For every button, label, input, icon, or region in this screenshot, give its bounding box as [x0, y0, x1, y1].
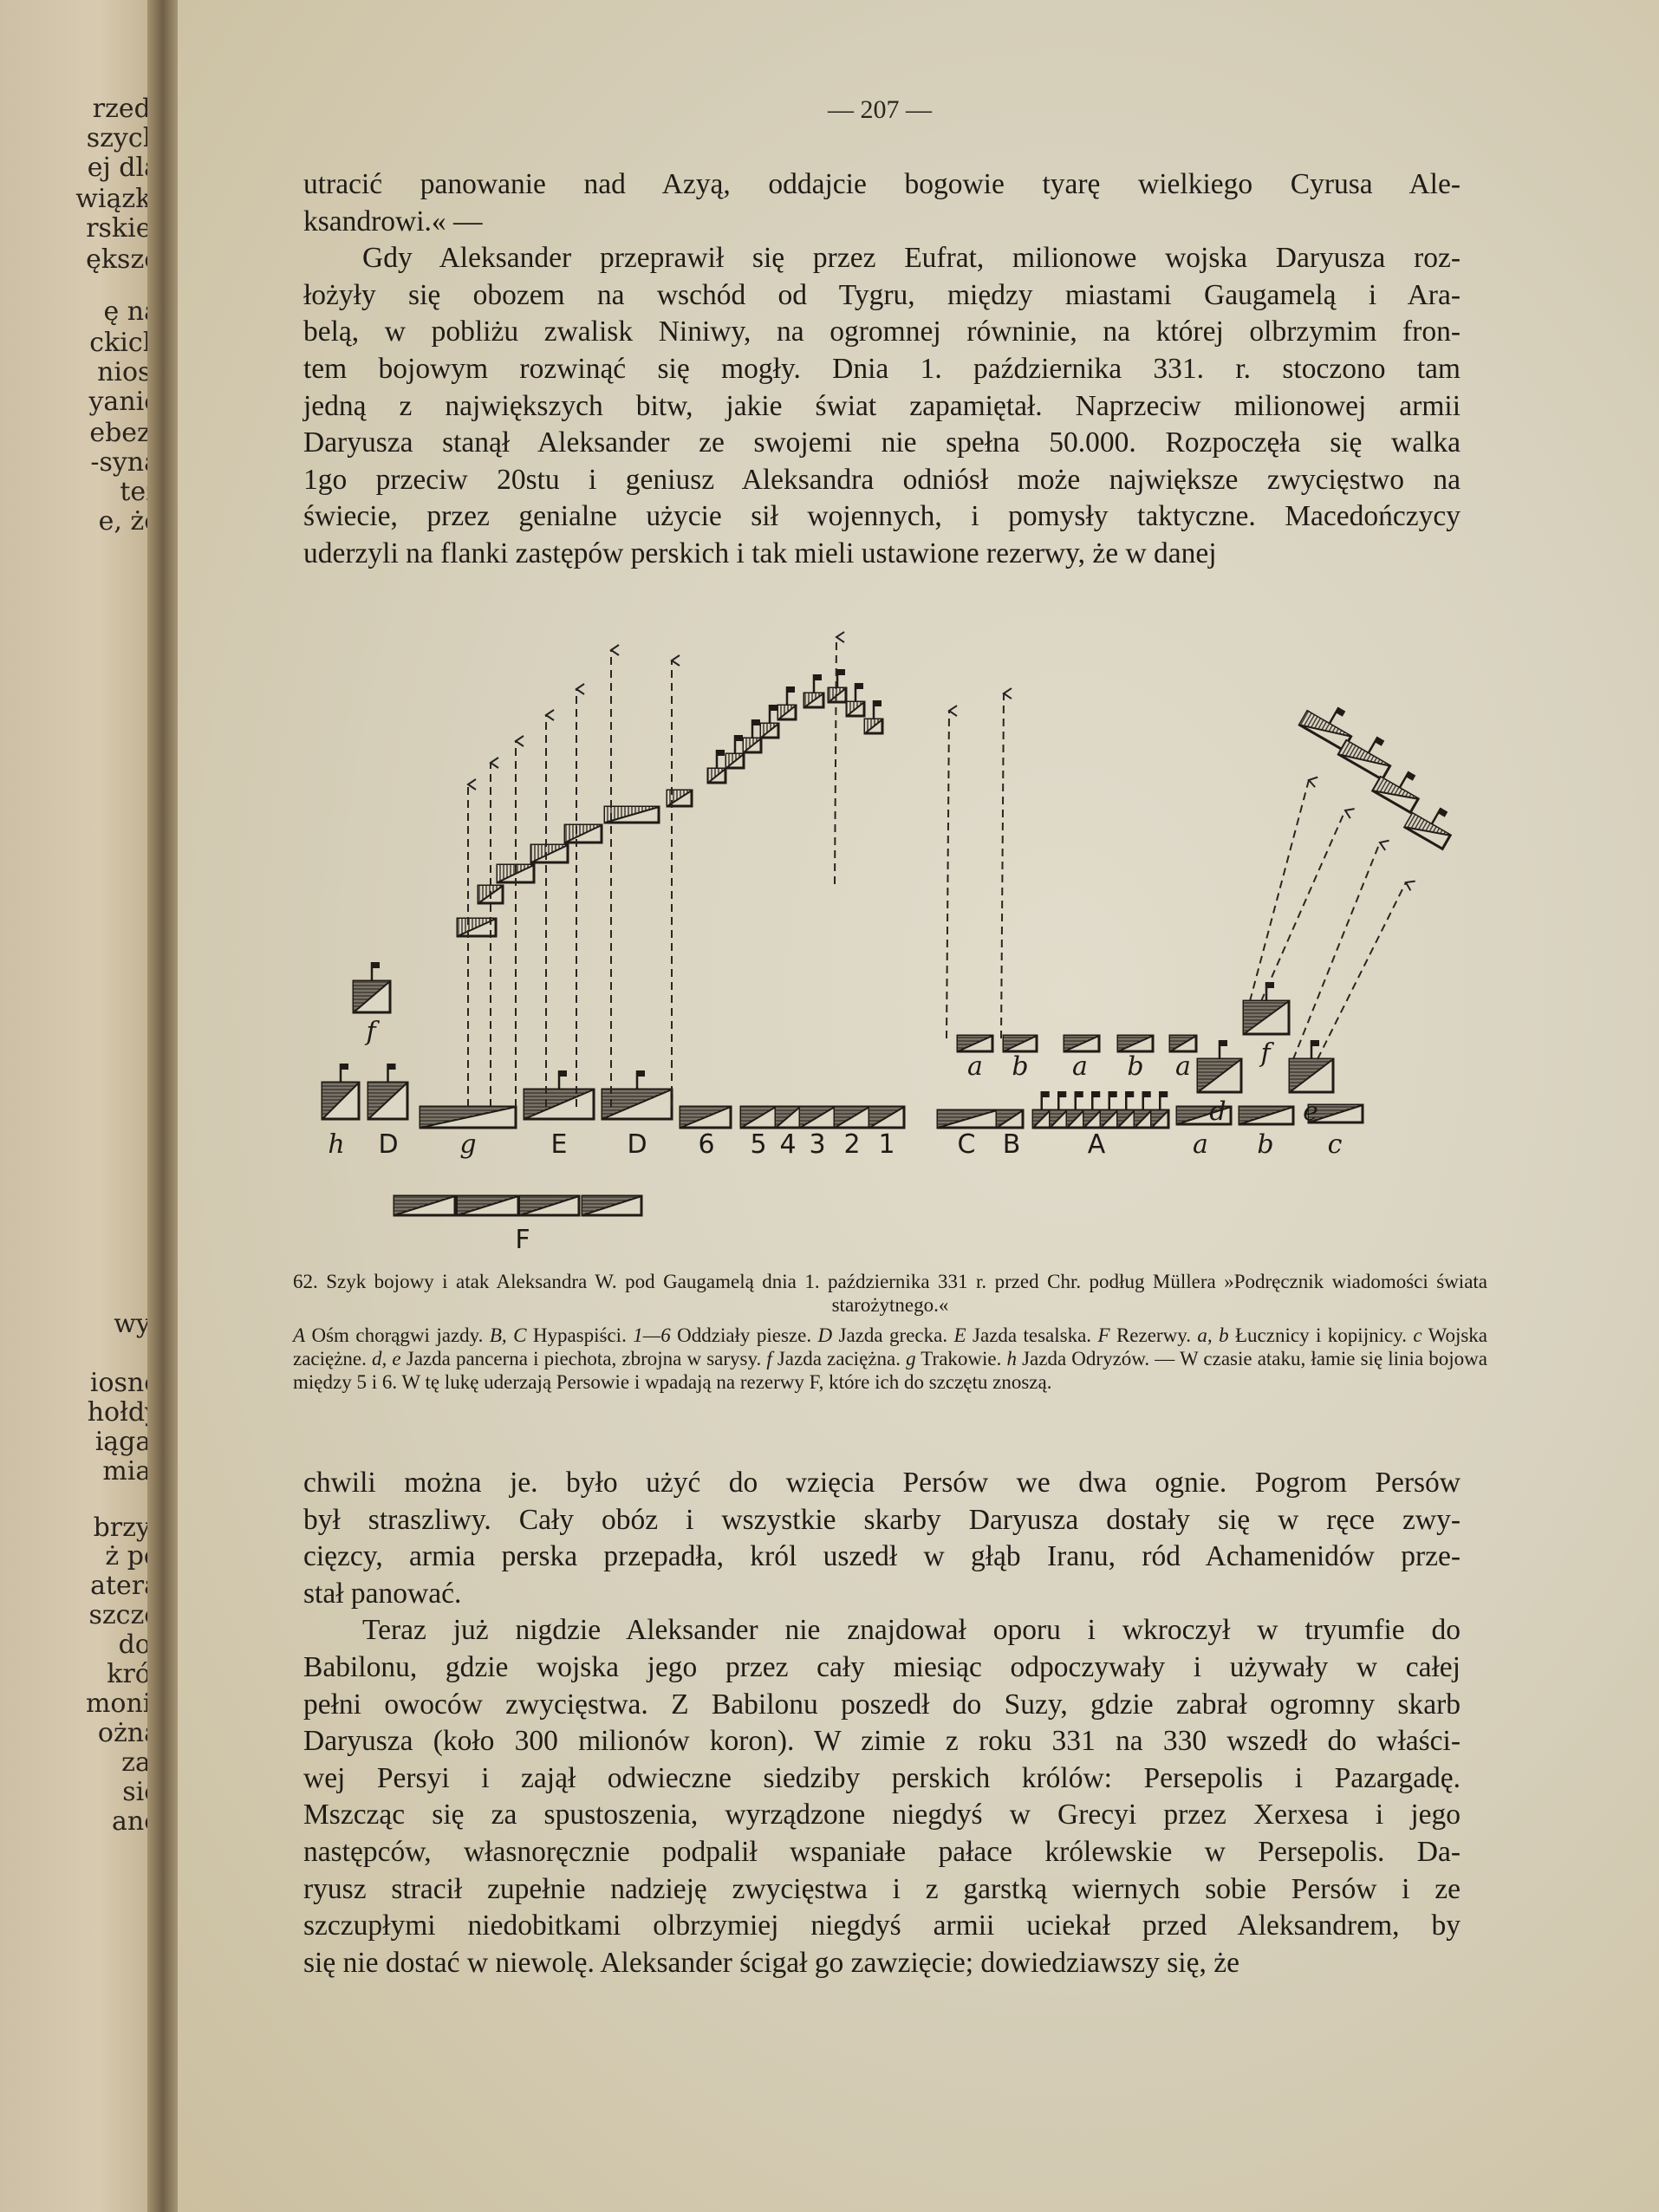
unit-label: D [627, 1129, 647, 1160]
legend-key: 1—6 [633, 1324, 670, 1346]
unit-label: a [1072, 1051, 1088, 1082]
unit-block [869, 1107, 904, 1128]
text-line: wej Persyi i zajął odwieczne siedziby pe… [303, 1760, 1461, 1798]
unit-block [726, 735, 744, 768]
unit-block [741, 1107, 776, 1128]
text-line: łożyły się obozem na wschód od Tygru, mi… [303, 277, 1461, 315]
text-line: chwili można je. było użyć do wzięcia Pe… [303, 1465, 1461, 1502]
page-number: — 207 — [828, 95, 932, 125]
text-line: był straszliwy. Cały obóz i wszystkie sk… [303, 1502, 1461, 1539]
unit-block [1338, 725, 1399, 780]
unit-block [1135, 1091, 1152, 1128]
text-line: Gdy Aleksander przeprawił się przez Eufr… [303, 240, 1461, 277]
unit-label: 1 [878, 1129, 895, 1160]
unit-label: F [515, 1225, 530, 1255]
unit-label: d [1209, 1096, 1226, 1127]
body-text-top: utracić panowanie nad Azyą, oddajcie bog… [303, 166, 1461, 573]
unit-block [520, 1196, 579, 1215]
attack-arrow [1317, 882, 1406, 1059]
unit-label: c [1328, 1129, 1343, 1160]
unit-block [1170, 1036, 1196, 1051]
text-line: jedną z największych bitw, jakie świat z… [303, 388, 1461, 426]
unit-block [602, 1070, 672, 1119]
diagram-svg: hDgED654321CBAabcababafdefF [312, 607, 1491, 1265]
text-line: tem bojowym rozwinąć się mogły. Dnia 1. … [303, 351, 1461, 388]
unit-block [1244, 982, 1289, 1034]
unit-block [680, 1107, 731, 1128]
body-text-bottom: chwili można je. było użyć do wzięcia Pe… [303, 1465, 1461, 1981]
caption-title: 62. Szyk bojowy i atak Aleksandra W. pod… [293, 1270, 1487, 1317]
unit-block [1101, 1091, 1118, 1128]
legend-text: Hypaspiści. [526, 1324, 633, 1346]
unit-block [1118, 1091, 1135, 1128]
figure-caption: 62. Szyk bojowy i atak Aleksandra W. pod… [293, 1270, 1487, 1394]
unit-block [565, 825, 602, 843]
unit-block [322, 1064, 359, 1119]
legend-text: Jazda pancerna i piechota, zbrojna w sar… [401, 1348, 767, 1369]
text-line: Teraz już nigdzie Aleksander nie znajdow… [303, 1612, 1461, 1649]
text-line: pełni owoców zwycięstwa. Z Babilonu posz… [303, 1687, 1461, 1724]
unit-label: a [967, 1051, 983, 1082]
legend-key: c [1413, 1324, 1422, 1346]
unit-block [368, 1064, 407, 1119]
legend-key: E [954, 1324, 966, 1346]
paragraph: utracić panowanie nad Azyą, oddajcie bog… [303, 166, 1461, 240]
unit-block [1198, 1040, 1241, 1092]
text-line: szczupłymi niedobitkami olbrzymiej niegd… [303, 1908, 1461, 1945]
unit-label: E [551, 1129, 568, 1160]
legend-text: Ośm chorągwi jazdy. [305, 1324, 490, 1346]
unit-block [829, 669, 846, 702]
unit-label: 2 [843, 1129, 860, 1160]
unit-label: b [1257, 1129, 1273, 1160]
unit-block [1067, 1091, 1084, 1128]
unit-label: 5 [750, 1129, 766, 1160]
unit-block [582, 1196, 641, 1215]
unit-label: b [1012, 1051, 1028, 1082]
legend-text: Jazda Odryzów. [1017, 1348, 1155, 1369]
paragraph: Teraz już nigdzie Aleksander nie znajdow… [303, 1612, 1461, 1981]
legend-text: Oddziały piesze. [671, 1324, 818, 1346]
text-line: cięzcy, armia perska przepadła, król usz… [303, 1539, 1461, 1576]
legend-key: A [293, 1324, 305, 1346]
unit-block [394, 1196, 455, 1215]
unit-label: a [1193, 1129, 1208, 1160]
unit-label: b [1127, 1051, 1143, 1082]
unit-label: 3 [809, 1129, 825, 1160]
attack-arrow [1261, 810, 1345, 1001]
legend-text: Łucznicy i kopijnicy. [1229, 1324, 1414, 1346]
unit-block [800, 1107, 835, 1128]
attack-arrow [947, 711, 949, 1038]
unit-label: D [378, 1129, 398, 1160]
unit-label: 6 [698, 1129, 714, 1160]
unit-block [1051, 1091, 1068, 1128]
unit-block [761, 705, 778, 738]
unit-block [776, 1107, 800, 1128]
unit-label: B [1003, 1129, 1021, 1160]
unit-block [1152, 1091, 1169, 1128]
unit-block [1033, 1091, 1051, 1128]
unit-label: A [1088, 1129, 1106, 1160]
unit-block [420, 1107, 516, 1128]
paragraph: chwili można je. było użyć do wzięcia Pe… [303, 1465, 1461, 1612]
legend-text: Jazda grecka. [832, 1324, 953, 1346]
legend-key: g [906, 1348, 916, 1369]
unit-label: h [328, 1129, 344, 1160]
battle-diagram-gaugamela: hDgED654321CBAabcababafdefF [312, 607, 1491, 1265]
unit-block [1239, 1107, 1293, 1124]
unit-block [1064, 1036, 1099, 1051]
unit-label: e [1303, 1096, 1318, 1127]
text-line: się nie dostać w niewolę. Aleksander ści… [303, 1945, 1461, 1982]
caption-legend: A Ośm chorągwi jazdy. B, C Hypaspiści. 1… [293, 1324, 1487, 1394]
legend-text: Jazda zaciężna. [772, 1348, 906, 1369]
unit-label: f [1259, 1038, 1274, 1069]
text-line: Babilonu, gdzie wojska jego przez cały m… [303, 1649, 1461, 1687]
unit-block [804, 674, 823, 707]
text-line: 1go przeciw 20stu i geniusz Aleksandra o… [303, 462, 1461, 499]
unit-block [865, 700, 882, 733]
legend-key: F [1097, 1324, 1109, 1346]
unit-labels: hDgED654321CBAabcababafdefF [328, 1017, 1342, 1255]
unit-label: g [459, 1129, 476, 1160]
unit-label: 4 [779, 1129, 796, 1160]
unit-block [938, 1110, 997, 1128]
unit-block [1299, 695, 1360, 751]
text-line: następców, własnoręcznie podpalił wspani… [303, 1834, 1461, 1871]
text-line: uderzyli na flanki zastępów perskich i t… [303, 536, 1461, 573]
unit-block [354, 962, 390, 1012]
unit-block [531, 845, 568, 862]
legend-key: d, e [372, 1348, 401, 1369]
legend-text: Jazda tesalska. [966, 1324, 1098, 1346]
unit-block [1118, 1036, 1153, 1051]
text-line: stał panować. [303, 1576, 1461, 1613]
text-line: Mszcząc się za spustoszenia, wyrządzone … [303, 1797, 1461, 1834]
unit-block [835, 1107, 869, 1128]
legend-key: h [1006, 1348, 1017, 1369]
text-line: Daryusza (koło 300 milionów koron). W zi… [303, 1723, 1461, 1760]
unit-block [1004, 1036, 1037, 1051]
text-line: utracić panowanie nad Azyą, oddajcie bog… [303, 166, 1461, 204]
unit-block [458, 1196, 518, 1215]
unit-label: C [958, 1129, 976, 1160]
legend-text: Rezerwy. [1110, 1324, 1198, 1346]
legend-text: Trakowie. [916, 1348, 1007, 1369]
legend-key: D [818, 1324, 833, 1346]
book-gutter [147, 0, 182, 2212]
attack-arrow [1250, 780, 1309, 1001]
unit-block [605, 807, 659, 823]
text-line: ksandrowi.« — [303, 204, 1461, 241]
unit-block [958, 1036, 992, 1051]
unit-block [1290, 1040, 1333, 1092]
attack-arrow [1001, 693, 1004, 1038]
unit-label: f [364, 1017, 380, 1047]
attack-arrow [835, 637, 836, 884]
unit-block [708, 750, 725, 783]
unit-block [847, 683, 864, 716]
unit-block [744, 719, 761, 752]
unit-block [524, 1070, 594, 1119]
unit-block [997, 1110, 1023, 1128]
unit-block [1084, 1091, 1102, 1128]
legend-key: a, b [1197, 1324, 1228, 1346]
facing-page-edge: rzed-szychej dlawiązkirskie,ększeę nacki… [0, 0, 165, 2212]
unit-block [778, 686, 796, 719]
attack-lines [468, 637, 1406, 1107]
text-line: belą, w pobliżu zwalisk Niniwy, na ogrom… [303, 314, 1461, 351]
text-line: Daryusza stanął Aleksander ze swojemi ni… [303, 425, 1461, 462]
attack-arrow [1293, 843, 1380, 1059]
text-line: ryusz stracił zupełnie nadzieję zwycięst… [303, 1871, 1461, 1909]
text-line: świecie, przez genialne użycie sił wojen… [303, 498, 1461, 536]
paragraph: Gdy Aleksander przeprawił się przez Eufr… [303, 240, 1461, 572]
legend-key: B, C [490, 1324, 527, 1346]
unit-label: a [1175, 1051, 1191, 1082]
